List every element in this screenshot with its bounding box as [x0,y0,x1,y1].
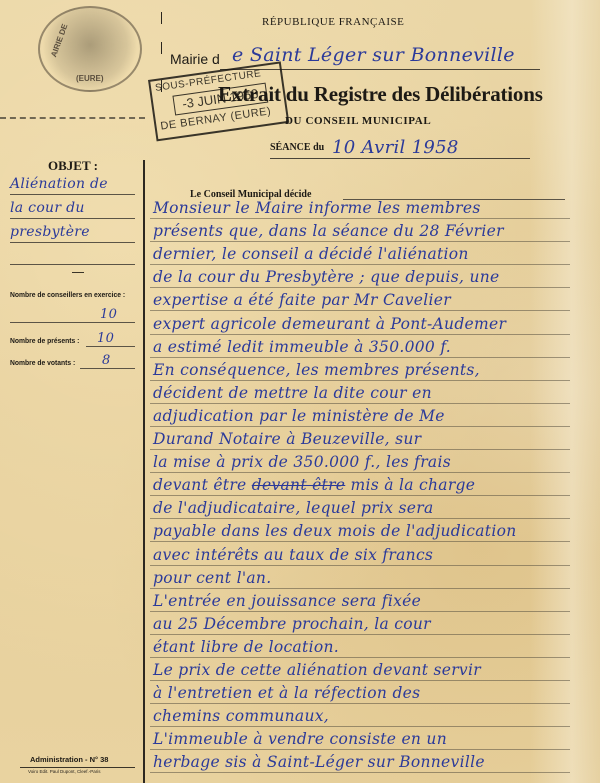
objet-rule [10,194,135,195]
column-divider [143,160,145,783]
seance-rule [270,158,530,159]
mairie-seal-icon: AIRIE DE (EURE) [38,6,142,92]
ruled-line [150,726,570,727]
handwritten-line: adjudication par le ministère de Me [153,407,445,425]
objet-rule [10,242,135,243]
objet-line-2: la cour du [10,200,85,216]
admin-rule [20,767,135,768]
handwritten-line: chemins communaux, [153,707,329,725]
conseillers-rule [10,322,135,323]
ruled-line [150,541,570,542]
ruled-line [150,749,570,750]
fold-dashed-line [0,117,145,119]
ruled-line [150,772,570,773]
separator-mark [72,272,84,273]
ruled-line [150,565,570,566]
presents-value: 10 [97,331,114,346]
conseillers-value: 10 [100,307,117,322]
handwritten-line: Durand Notaire à Beuzeville, sur [153,430,421,448]
mairie-label: Mairie d [170,51,220,67]
ruled-line [150,449,570,450]
republic-heading: RÉPUBLIQUE FRANÇAISE [262,16,404,28]
handwritten-line: de la cour du Presbytère ; que depuis, u… [153,268,500,286]
admin-form-number: Administration - N° 38 [30,755,108,764]
handwritten-line: décident de mettre la dite cour en [153,384,432,402]
handwritten-line: expertise a été faite par Mr Cavelier [153,291,451,309]
seance-date: 10 Avril 1958 [332,137,459,158]
seal-text-left: AIRIE DE [49,23,69,59]
handwritten-line: L'immeuble à vendre consiste en un [153,730,447,748]
ruled-line [150,472,570,473]
objet-rule [10,264,135,265]
handwritten-line: L'entrée en jouissance sera fixée [153,592,421,610]
votants-rule [80,368,135,369]
handwritten-line: Monsieur le Maire informe les membres [153,199,481,217]
handwritten-line: étant libre de location. [153,638,339,656]
ruled-line [150,703,570,704]
presents-label: Nombre de présents : [10,336,79,345]
ruled-line [150,611,570,612]
ruled-line [150,334,570,335]
ruled-line [150,426,570,427]
presents-rule [86,346,135,347]
ruled-line [150,287,570,288]
handwritten-line: à l'entretien et à la réfection des [153,684,420,702]
handwritten-line: Le prix de cette aliénation devant servi… [153,661,481,679]
ruled-line [150,264,570,265]
handwritten-line: dernier, le conseil a décidé l'aliénatio… [153,245,469,263]
ruled-line [150,680,570,681]
handwritten-line: expert agricole demeurant à Pont-Audemer [153,315,506,333]
ruled-line [150,657,570,658]
votants-label: Nombre de votants : [10,358,75,367]
seal-text-bottom: (EURE) [76,74,104,83]
margin-tick [161,42,162,54]
handwritten-line: a estimé ledit immeuble à 350.000 f. [153,338,451,356]
objet-line-3: presbytère [10,224,90,240]
conseillers-label: Nombre de conseillers en exercice : [10,290,125,299]
paper-fold [530,0,600,783]
ruled-line [150,310,570,311]
handwritten-line: de l'adjudicataire, lequel prix sera [153,499,433,517]
handwritten-line: payable dans les deux mois de l'adjudica… [153,522,517,540]
document-subtitle: DU CONSEIL MUNICIPAL [285,115,431,127]
handwritten-line: herbage sis à Saint-Léger sur Bonneville [153,753,485,771]
handwritten-line: avec intérêts au taux de six francs [153,546,433,564]
ruled-line [150,380,570,381]
ruled-line [150,218,570,219]
handwritten-line: En conséquence, les membres présents, [153,361,480,379]
ruled-line [150,403,570,404]
handwritten-line: devant être devant être mis à la charge [153,476,475,494]
seance-label: SÉANCE du [270,142,324,153]
handwritten-line: la mise à prix de 350.000 f., les frais [153,453,451,471]
objet-label: OBJET : [48,158,98,174]
printer-imprint: Voiro Edit. Paul Dupont, Cleef.-Paris [28,769,101,774]
handwritten-line: pour cent l'an. [153,569,271,587]
handwritten-line: présents que, dans la séance du 28 Févri… [153,222,504,240]
objet-rule [10,218,135,219]
ruled-line [150,495,570,496]
margin-tick [161,12,162,24]
ruled-line [150,357,570,358]
handwritten-line: au 25 Décembre prochain, la cour [153,615,431,633]
ruled-line [150,634,570,635]
objet-line-1: Aliénation de [10,176,108,192]
votants-value: 8 [102,353,111,368]
ruled-line [150,241,570,242]
struck-text: devant être [252,476,346,494]
ruled-line [150,518,570,519]
ruled-line [150,588,570,589]
